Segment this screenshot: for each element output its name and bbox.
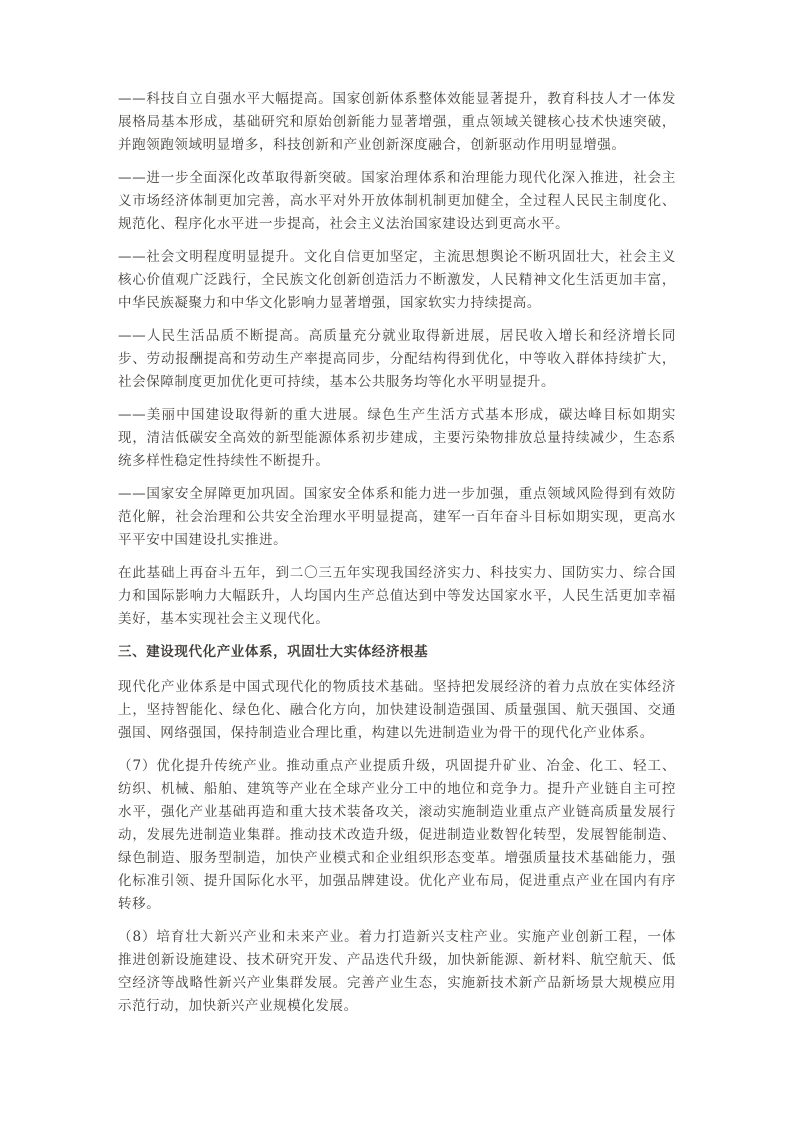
paragraph-goal-environment: ——美丽中国建设取得新的重大进展。绿色生产生活方式基本形成，碳达峰目标如期实现，… bbox=[118, 404, 676, 473]
paragraph-item-7-traditional-industries: （7）优化提升传统产业。推动重点产业提质升级，巩固提升矿业、冶金、化工、轻工、纺… bbox=[118, 755, 676, 916]
paragraph-2035-vision: 在此基础上再奋斗五年，到二〇三五年实现我国经济实力、科技实力、国防实力、综合国力… bbox=[118, 562, 676, 631]
section-heading: 三、建设现代化产业体系，巩固壮大实体经济根基 bbox=[118, 641, 676, 664]
paragraph-goal-culture: ——社会文明程度明显提升。文化自信更加坚定，主流思想舆论不断巩固壮大，社会主义核… bbox=[118, 246, 676, 315]
paragraph-item-8-emerging-industries: （8）培育壮大新兴产业和未来产业。着力打造新兴支柱产业。实施产业创新工程，一体推… bbox=[118, 926, 676, 1018]
paragraph-goal-security: ——国家安全屏障更加巩固。国家安全体系和能力进一步加强，重点领域风险得到有效防范… bbox=[118, 483, 676, 552]
document-page: ——科技自立自强水平大幅提高。国家创新体系整体效能显著提升，教育科技人才一体发展… bbox=[0, 0, 793, 1122]
paragraph-industry-system-intro: 现代化产业体系是中国式现代化的物质技术基础。坚持把发展经济的着力点放在实体经济上… bbox=[118, 676, 676, 745]
paragraph-goal-reform: ——进一步全面深化改革取得新突破。国家治理体系和治理能力现代化深入推进，社会主义… bbox=[118, 167, 676, 236]
document-text-column: ——科技自立自强水平大幅提高。国家创新体系整体效能显著提升，教育科技人才一体发展… bbox=[118, 88, 676, 1028]
paragraph-goal-tech: ——科技自立自强水平大幅提高。国家创新体系整体效能显著提升，教育科技人才一体发展… bbox=[118, 88, 676, 157]
paragraph-goal-livelihood: ——人民生活品质不断提高。高质量充分就业取得新进展，居民收入增长和经济增长同步、… bbox=[118, 325, 676, 394]
